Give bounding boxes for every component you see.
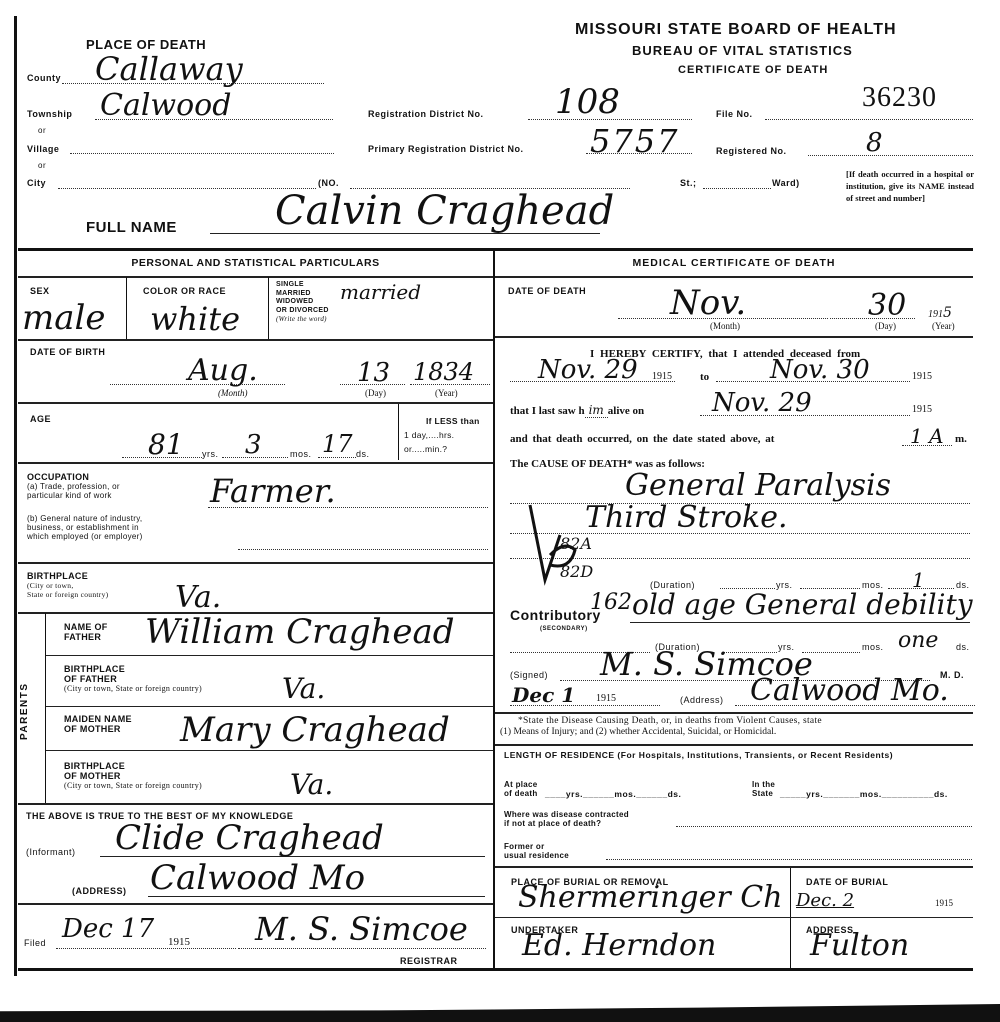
former-residence-label: Former or usual residence: [504, 842, 569, 860]
dob-month-caption: (Month): [218, 388, 248, 398]
filed-label: Filed: [24, 938, 46, 948]
dod-month[interactable]: Nov.: [670, 283, 746, 323]
in-state-fields[interactable]: _____yrs._______mos.__________ds.: [780, 789, 948, 799]
filed-date[interactable]: Dec 17: [62, 914, 154, 944]
registered-no-value[interactable]: 8: [866, 128, 883, 158]
bottom-border: [18, 968, 973, 971]
primary-reg-label: Primary Registration District No.: [368, 144, 524, 154]
township-value[interactable]: Calwood: [100, 88, 231, 123]
age-years[interactable]: 81: [148, 428, 184, 461]
primary-reg-value[interactable]: 5757: [590, 122, 679, 160]
dod-day-caption: (Day): [875, 321, 896, 331]
filed-year[interactable]: 1915: [168, 936, 190, 948]
bureau-title: BUREAU OF VITAL STATISTICS: [632, 43, 853, 58]
signed-date[interactable]: Dec 1: [512, 683, 575, 707]
st-label: St.;: [680, 178, 697, 188]
meridiem: m.: [955, 433, 967, 445]
divider: [45, 613, 46, 803]
village-label: Village: [27, 144, 59, 154]
parents-label: PARENTS: [19, 682, 30, 740]
reg-district-label: Registration District No.: [368, 109, 484, 119]
street-no-label: (NO.: [318, 178, 339, 188]
footnote: *State the Disease Causing Death, or, in…: [500, 716, 972, 738]
divider: [46, 655, 493, 656]
divider: [18, 562, 493, 564]
county-label: County: [27, 73, 61, 83]
divider: [495, 917, 973, 918]
dod-month-caption: (Month): [710, 321, 740, 331]
father-name-value[interactable]: William Craghead: [145, 612, 455, 652]
burial-date-value[interactable]: Dec. 2: [796, 890, 854, 911]
signed-label: (Signed): [510, 670, 548, 680]
city-label: City: [27, 178, 46, 188]
file-no-line: [765, 119, 973, 120]
registrar-line: [238, 948, 486, 949]
divider: [18, 276, 493, 278]
contributory-value[interactable]: old age General debility: [632, 588, 973, 621]
in-state-label: In the State: [752, 780, 775, 798]
sex-label: SEX: [30, 286, 50, 296]
informant-value[interactable]: Clide Craghead: [115, 818, 384, 858]
ds-label: ds.: [956, 642, 970, 652]
or-label: or: [38, 161, 46, 170]
personal-section-title: PERSONAL AND STATISTICAL PARTICULARS: [18, 257, 493, 269]
sex-value[interactable]: male: [22, 298, 106, 338]
at-place-fields[interactable]: ____yrs.______mos.______ds.: [545, 789, 681, 799]
burial-date-label: DATE OF BURIAL: [806, 877, 888, 887]
last-saw-text: that I last saw himalive on: [510, 403, 644, 417]
header-divider: [18, 248, 973, 251]
cause-secondary[interactable]: Third Stroke.: [585, 500, 788, 535]
marital-labels: SINGLE MARRIED WIDOWED OR DIVORCED (Writ…: [276, 281, 329, 324]
father-birthplace-value[interactable]: Va.: [282, 672, 325, 705]
less-than-note: If LESS than 1 day,....hrs. or.....min.?: [404, 414, 480, 456]
registrar-signature[interactable]: M. S. Simcoe: [255, 910, 468, 948]
contrib-duration-days[interactable]: one: [898, 628, 938, 653]
race-value[interactable]: white: [150, 300, 240, 338]
to-label: to: [700, 371, 709, 383]
marital-value[interactable]: married: [340, 280, 421, 304]
birthplace-value[interactable]: Va.: [175, 580, 221, 615]
dob-day-caption: (Day): [365, 388, 386, 398]
former-residence-line[interactable]: [606, 859, 972, 860]
secondary-label: (SECONDARY): [540, 626, 588, 632]
age-label: AGE: [30, 414, 51, 424]
industry-line[interactable]: [238, 549, 488, 550]
divider: [18, 903, 493, 905]
file-no-value[interactable]: 36230: [862, 82, 937, 114]
attended-from-year[interactable]: 1915: [652, 371, 672, 382]
medical-section-title: MEDICAL CERTIFICATE OF DEATH: [495, 257, 973, 269]
mos-label: mos.: [290, 449, 312, 459]
industry-labels: (b) General nature of industry, business…: [27, 514, 143, 541]
attended-from-date[interactable]: Nov. 29: [538, 355, 638, 385]
undertaker-value[interactable]: Ed. Herndon: [522, 928, 716, 963]
county-value[interactable]: Callaway: [95, 50, 243, 88]
last-saw-year[interactable]: 1915: [912, 404, 932, 415]
father-name-labels: NAME OF FATHER: [64, 622, 108, 642]
dob-month[interactable]: Aug.: [188, 353, 258, 388]
divider: [268, 277, 269, 339]
occupation-labels: OCCUPATION (a) Trade, profession, or par…: [27, 473, 120, 500]
dod-year-caption: (Year): [932, 321, 955, 331]
age-months[interactable]: 3: [245, 430, 262, 460]
burial-year[interactable]: 1915: [935, 898, 953, 908]
mother-name-labels: MAIDEN NAME OF MOTHER: [64, 714, 132, 734]
hospital-note: [If death occurred in a hospital or inst…: [846, 168, 974, 204]
death-occurred-text: and that death occurred, on the date sta…: [510, 433, 774, 445]
race-label: COLOR OR RACE: [143, 286, 226, 296]
mother-birthplace-value[interactable]: Va.: [290, 768, 333, 801]
dob-year-caption: (Year): [435, 388, 458, 398]
ward-label: Ward): [772, 178, 800, 188]
attended-to-date[interactable]: Nov. 30: [770, 355, 870, 385]
file-no-label: File No.: [716, 109, 753, 119]
registered-no-label: Registered No.: [716, 146, 787, 156]
contributory-label: Contributory: [510, 607, 601, 623]
dod-year[interactable]: 1915: [928, 305, 952, 321]
signed-year[interactable]: 1915: [596, 693, 616, 704]
birthplace-labels: BIRTHPLACE (City or town, State or forei…: [27, 572, 108, 599]
informant-address-value[interactable]: Calwood Mo: [150, 858, 365, 898]
divider: [126, 277, 127, 339]
full-name-label: FULL NAME: [86, 219, 177, 236]
disease-contracted-label: Where was disease contracted if not at p…: [504, 810, 629, 828]
mother-name-value[interactable]: Mary Craghead: [180, 710, 450, 750]
dob-day[interactable]: 13: [357, 358, 390, 388]
physician-address-label: (Address): [680, 695, 724, 705]
filed-line: [56, 948, 236, 949]
ward-line[interactable]: [703, 188, 771, 189]
dob-year[interactable]: 1834: [413, 358, 474, 386]
board-title: MISSOURI STATE BOARD OF HEALTH: [575, 21, 897, 39]
divider: [398, 404, 399, 460]
divider: [46, 750, 493, 751]
divider: [495, 744, 973, 746]
divider: [495, 712, 973, 714]
contributory-line: [630, 622, 970, 623]
divider: [46, 706, 493, 707]
mos-label: mos.: [862, 642, 884, 652]
divider: [495, 866, 973, 868]
ds-label: ds.: [356, 449, 370, 459]
divider: [18, 339, 493, 341]
death-time[interactable]: 1 A: [910, 424, 944, 448]
at-place-label: At place of death: [504, 780, 538, 798]
burial-place-value[interactable]: Shermeringer Ch: [518, 880, 783, 915]
yrs-label: yrs.: [202, 449, 219, 459]
divider: [18, 402, 493, 404]
village-line[interactable]: [70, 153, 334, 154]
divider: [495, 276, 973, 278]
center-divider: [493, 250, 495, 968]
age-days[interactable]: 17: [322, 430, 353, 458]
physician-address[interactable]: Calwood Mo.: [750, 673, 949, 708]
undertaker-address-value[interactable]: Fulton: [810, 928, 909, 963]
informant-label: (Informant): [26, 847, 76, 857]
father-birthplace-labels: BIRTHPLACE OF FATHER (City or town, Stat…: [64, 665, 202, 694]
mother-birthplace-labels: BIRTHPLACE OF MOTHER (City or town, Stat…: [64, 762, 202, 791]
divider: [18, 803, 493, 805]
disease-contracted-line[interactable]: [676, 826, 972, 827]
last-saw-date[interactable]: Nov. 29: [712, 388, 812, 418]
cause-primary[interactable]: General Paralysis: [625, 468, 891, 503]
residence-title: LENGTH OF RESIDENCE (For Hospitals, Inst…: [504, 750, 972, 761]
divider: [18, 462, 493, 464]
reg-district-value[interactable]: 108: [555, 82, 620, 122]
dod-label: DATE OF DEATH: [508, 286, 586, 296]
dod-day[interactable]: 30: [868, 288, 906, 323]
left-border: [14, 16, 17, 976]
registered-no-line: [808, 155, 973, 156]
or-label: or: [38, 126, 46, 135]
scan-edge: [0, 1004, 1000, 1022]
dob-label: DATE OF BIRTH: [30, 347, 105, 357]
occupation-value[interactable]: Farmer.: [210, 472, 336, 510]
full-name-value[interactable]: Calvin Craghead: [275, 188, 614, 234]
informant-address-label: (ADDRESS): [72, 886, 127, 896]
certificate-title: CERTIFICATE OF DEATH: [678, 64, 828, 76]
attended-to-year[interactable]: 1915: [912, 371, 932, 382]
registrar-label: REGISTRAR: [400, 956, 458, 966]
checkmark-icon: [520, 495, 580, 590]
divider: [495, 336, 973, 338]
township-label: Township: [27, 109, 72, 119]
divider: [790, 868, 791, 968]
